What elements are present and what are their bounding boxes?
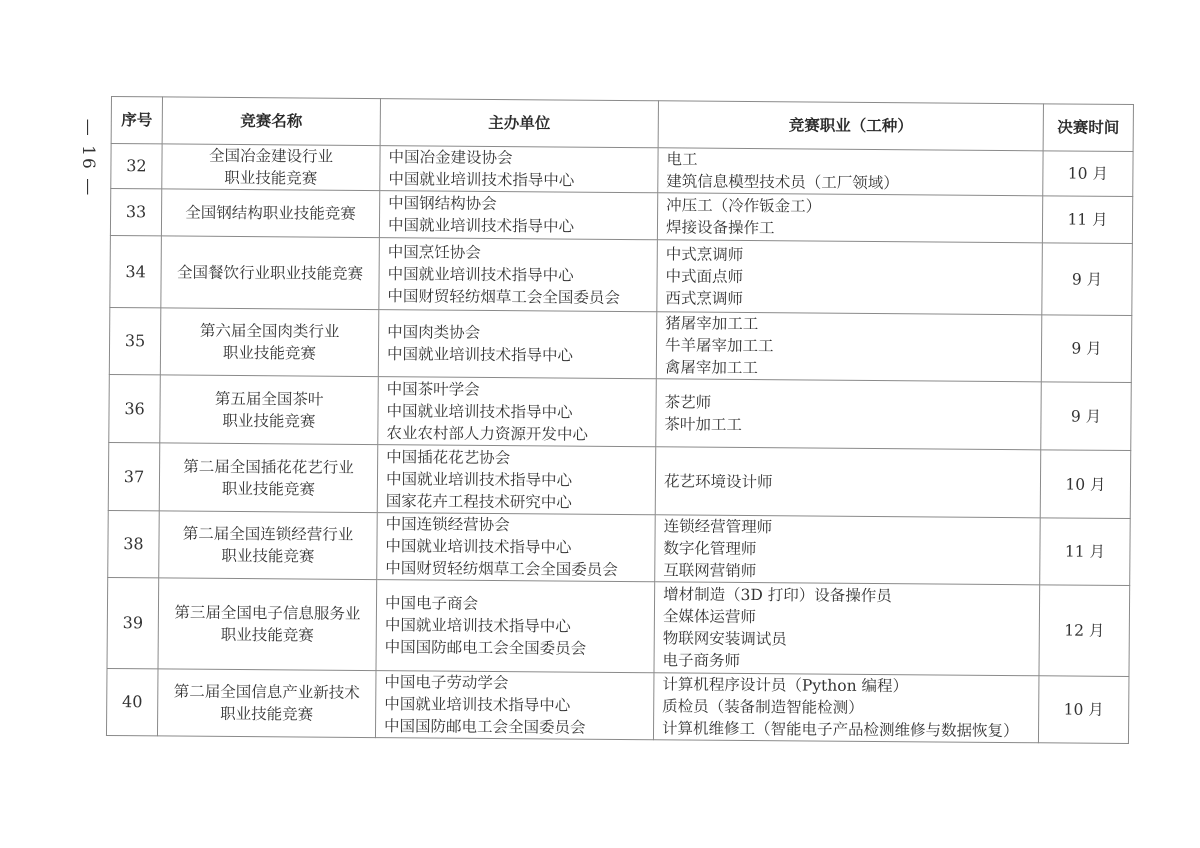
occupation-line: 焊接设备操作工 (666, 216, 1036, 241)
cell-organizers: 中国插花花艺协会中国就业培训技术指导中心国家花卉工程技术研究中心 (377, 445, 656, 515)
header-num: 序号 (111, 97, 162, 144)
table-body: 32全国冶金建设行业职业技能竞赛中国冶金建设协会中国就业培训技术指导中心电工建筑… (106, 144, 1133, 744)
competition-name-line: 职业技能竞赛 (166, 409, 371, 433)
occupation-line: 电工 (666, 148, 1036, 173)
occupation-line: 连锁经营管理师 (664, 515, 1034, 540)
competition-name-line: 第六届全国肉类行业 (167, 319, 372, 343)
occupation-line: 建筑信息模型技术员（工厂领域） (666, 170, 1036, 195)
competition-name-line: 职业技能竞赛 (164, 702, 369, 726)
organizer-line: 农业农村部人力资源开发中心 (386, 422, 649, 446)
cell-organizers: 中国连锁经营协会中国就业培训技术指导中心中国财贸轻纺烟草工会全国委员会 (377, 513, 656, 582)
cell-final-time: 11 月 (1040, 518, 1131, 586)
occupation-line: 茶叶加工工 (664, 413, 1034, 438)
organizer-line: 中国就业培训技术指导中心 (386, 400, 649, 424)
competition-name-line: 第三届全国电子信息服务业 (165, 601, 370, 625)
table-row: 36第五届全国茶叶职业技能竞赛中国茶叶学会中国就业培训技术指导中心农业农村部人力… (109, 374, 1132, 450)
cell-occupations: 花艺环境设计师 (655, 447, 1041, 518)
organizer-line: 中国茶叶学会 (387, 378, 650, 402)
cell-num: 39 (107, 577, 159, 668)
cell-final-time: 10 月 (1043, 151, 1133, 197)
competition-name-line: 职业技能竞赛 (165, 544, 370, 568)
organizer-line: 中国钢结构协会 (388, 192, 651, 216)
page-number: — 16 — (76, 118, 100, 198)
cell-num: 33 (110, 189, 161, 236)
occupation-line: 中式烹调师 (666, 243, 1036, 268)
occupation-line: 物联网安装调试员 (663, 627, 1033, 652)
cell-organizers: 中国电子劳动学会中国就业培训技术指导中心中国国防邮电工会全国委员会 (375, 671, 654, 740)
cell-occupations: 连锁经营管理师数字化管理师互联网营销师 (655, 515, 1041, 585)
competition-name-line: 第五届全国茶叶 (167, 387, 372, 411)
cell-num: 36 (109, 374, 161, 442)
table-row: 40第二届全国信息产业新技术职业技能竞赛中国电子劳动学会中国就业培训技术指导中心… (106, 668, 1128, 743)
organizer-line: 中国国防邮电工会全国委员会 (385, 636, 648, 660)
table-row: 33全国钢结构职业技能竞赛中国钢结构协会中国就业培训技术指导中心冲压工（冷作钣金… (110, 189, 1132, 244)
cell-num: 32 (111, 144, 162, 189)
organizer-line: 国家花卉工程技术研究中心 (386, 490, 649, 514)
occupation-line: 全媒体运营师 (663, 605, 1033, 630)
cell-occupations: 计算机程序设计员（Python 编程）质检员（装备制造智能检测）计算机维修工（智… (653, 673, 1039, 743)
competition-name-line: 第二届全国插花花艺行业 (166, 455, 371, 479)
occupation-line: 牛羊屠宰加工工 (665, 334, 1035, 359)
cell-competition-name: 第二届全国信息产业新技术职业技能竞赛 (157, 669, 376, 738)
occupation-line: 中式面点师 (666, 265, 1036, 290)
table-row: 35第六届全国肉类行业职业技能竞赛中国肉类协会中国就业培训技术指导中心猪屠宰加工… (109, 307, 1131, 382)
competition-name-line: 职业技能竞赛 (168, 166, 373, 190)
cell-organizers: 中国电子商会中国就业培训技术指导中心中国国防邮电工会全国委员会 (376, 580, 655, 673)
cell-competition-name: 第二届全国插花花艺行业职业技能竞赛 (159, 443, 378, 513)
cell-competition-name: 全国餐饮行业职业技能竞赛 (161, 236, 380, 310)
competition-name-line: 全国钢结构职业技能竞赛 (168, 201, 373, 225)
occupation-line: 质检员（装备制造智能检测） (662, 695, 1032, 720)
header-organizers: 主办单位 (380, 99, 658, 148)
cell-final-time: 12 月 (1039, 585, 1130, 677)
competition-name-line: 职业技能竞赛 (165, 623, 370, 647)
cell-num: 38 (108, 510, 160, 577)
cell-num: 37 (108, 442, 160, 510)
cell-final-time: 11 月 (1042, 196, 1132, 244)
table-header-row: 序号 竞赛名称 主办单位 竞赛职业（工种） 决赛时间 (111, 97, 1133, 152)
table-row: 37第二届全国插花花艺行业职业技能竞赛中国插花花艺协会中国就业培训技术指导中心国… (108, 442, 1131, 518)
cell-competition-name: 第六届全国肉类行业职业技能竞赛 (160, 308, 379, 377)
organizer-line: 中国电子商会 (385, 592, 648, 616)
competition-name-line: 全国冶金建设行业 (168, 144, 373, 168)
occupation-line: 花艺环境设计师 (664, 470, 1034, 495)
cell-competition-name: 第二届全国连锁经营行业职业技能竞赛 (159, 511, 378, 580)
competition-name-line: 第二届全国连锁经营行业 (165, 522, 370, 546)
cell-occupations: 增材制造（3D 打印）设备操作员全媒体运营师物联网安装调试员电子商务师 (654, 582, 1040, 676)
competition-name-line: 职业技能竞赛 (167, 341, 372, 365)
table-row: 34全国餐饮行业职业技能竞赛中国烹饪协会中国就业培训技术指导中心中国财贸轻纺烟草… (110, 235, 1133, 315)
cell-num: 34 (110, 235, 162, 307)
occupation-line: 猪屠宰加工工 (665, 312, 1035, 337)
organizer-line: 中国插花花艺协会 (386, 446, 649, 470)
occupation-line: 电子商务师 (662, 649, 1032, 674)
occupation-line: 互联网营销师 (663, 559, 1033, 584)
header-final-time: 决赛时间 (1043, 104, 1133, 152)
competition-name-line: 全国餐饮行业职业技能竞赛 (168, 261, 373, 285)
organizer-line: 中国财贸轻纺烟草工会全国委员会 (387, 285, 650, 309)
organizer-line: 中国就业培训技术指导中心 (384, 693, 647, 717)
organizer-line: 中国冶金建设协会 (388, 146, 651, 170)
cell-occupations: 冲压工（冷作钣金工）焊接设备操作工 (657, 193, 1042, 243)
organizer-line: 中国连锁经营协会 (386, 513, 649, 537)
header-name: 竞赛名称 (162, 97, 380, 146)
table-row: 39第三届全国电子信息服务业职业技能竞赛中国电子商会中国就业培训技术指导中心中国… (107, 577, 1130, 676)
cell-organizers: 中国茶叶学会中国就业培训技术指导中心农业农村部人力资源开发中心 (378, 377, 657, 447)
cell-competition-name: 第五届全国茶叶职业技能竞赛 (160, 375, 379, 445)
occupation-line: 冲压工（冷作钣金工） (666, 194, 1036, 219)
organizer-line: 中国就业培训技术指导中心 (387, 343, 650, 367)
competition-name-line: 第二届全国信息产业新技术 (164, 680, 369, 704)
cell-competition-name: 第三届全国电子信息服务业职业技能竞赛 (158, 578, 377, 671)
occupation-line: 计算机程序设计员（Python 编程） (662, 673, 1032, 698)
organizer-line: 中国就业培训技术指导中心 (388, 168, 651, 192)
cell-organizers: 中国烹饪协会中国就业培训技术指导中心中国财贸轻纺烟草工会全国委员会 (379, 238, 658, 312)
competition-table: 序号 竞赛名称 主办单位 竞赛职业（工种） 决赛时间 32全国冶金建设行业职业技… (106, 96, 1134, 744)
page-number-text: — 16 — (78, 119, 98, 197)
organizer-line: 中国就业培训技术指导中心 (385, 535, 648, 559)
table-row: 32全国冶金建设行业职业技能竞赛中国冶金建设协会中国就业培训技术指导中心电工建筑… (111, 144, 1133, 197)
organizer-line: 中国财贸轻纺烟草工会全国委员会 (385, 557, 648, 581)
cell-occupations: 猪屠宰加工工牛羊屠宰加工工禽屠宰加工工 (656, 312, 1042, 382)
competition-table-container: 序号 竞赛名称 主办单位 竞赛职业（工种） 决赛时间 32全国冶金建设行业职业技… (106, 96, 1134, 744)
cell-occupations: 中式烹调师中式面点师西式烹调师 (657, 240, 1043, 315)
occupation-line: 计算机维修工（智能电子产品检测维修与数据恢复） (662, 717, 1032, 742)
cell-organizers: 中国肉类协会中国就业培训技术指导中心 (378, 310, 657, 379)
competition-name-line: 职业技能竞赛 (166, 477, 371, 501)
cell-final-time: 9 月 (1041, 382, 1132, 451)
cell-num: 35 (109, 307, 161, 374)
organizer-line: 中国就业培训技术指导中心 (388, 214, 651, 238)
organizer-line: 中国国防邮电工会全国委员会 (384, 715, 647, 739)
occupation-line: 茶艺师 (665, 391, 1035, 416)
cell-final-time: 9 月 (1042, 243, 1133, 316)
organizer-line: 中国就业培训技术指导中心 (386, 468, 649, 492)
organizer-line: 中国肉类协会 (387, 321, 650, 345)
organizer-line: 中国就业培训技术指导中心 (388, 263, 651, 287)
organizer-line: 中国就业培训技术指导中心 (385, 614, 648, 638)
cell-occupations: 茶艺师茶叶加工工 (656, 379, 1042, 450)
cell-competition-name: 全国钢结构职业技能竞赛 (161, 189, 379, 238)
occupation-line: 增材制造（3D 打印）设备操作员 (663, 583, 1033, 608)
occupation-line: 西式烹调师 (665, 287, 1035, 312)
cell-organizers: 中国钢结构协会中国就业培训技术指导中心 (379, 191, 657, 240)
cell-organizers: 中国冶金建设协会中国就业培训技术指导中心 (380, 146, 658, 193)
cell-final-time: 9 月 (1041, 315, 1132, 383)
table-row: 38第二届全国连锁经营行业职业技能竞赛中国连锁经营协会中国就业培训技术指导中心中… (108, 510, 1130, 585)
cell-competition-name: 全国冶金建设行业职业技能竞赛 (162, 144, 380, 191)
organizer-line: 中国电子劳动学会 (384, 671, 647, 695)
cell-final-time: 10 月 (1040, 450, 1131, 519)
occupation-line: 禽屠宰加工工 (665, 356, 1035, 381)
occupation-line: 数字化管理师 (663, 537, 1033, 562)
cell-num: 40 (106, 668, 158, 735)
organizer-line: 中国烹饪协会 (388, 241, 651, 265)
cell-final-time: 10 月 (1038, 676, 1129, 744)
header-occupations: 竞赛职业（工种） (658, 101, 1043, 151)
cell-occupations: 电工建筑信息模型技术员（工厂领域） (658, 148, 1043, 196)
